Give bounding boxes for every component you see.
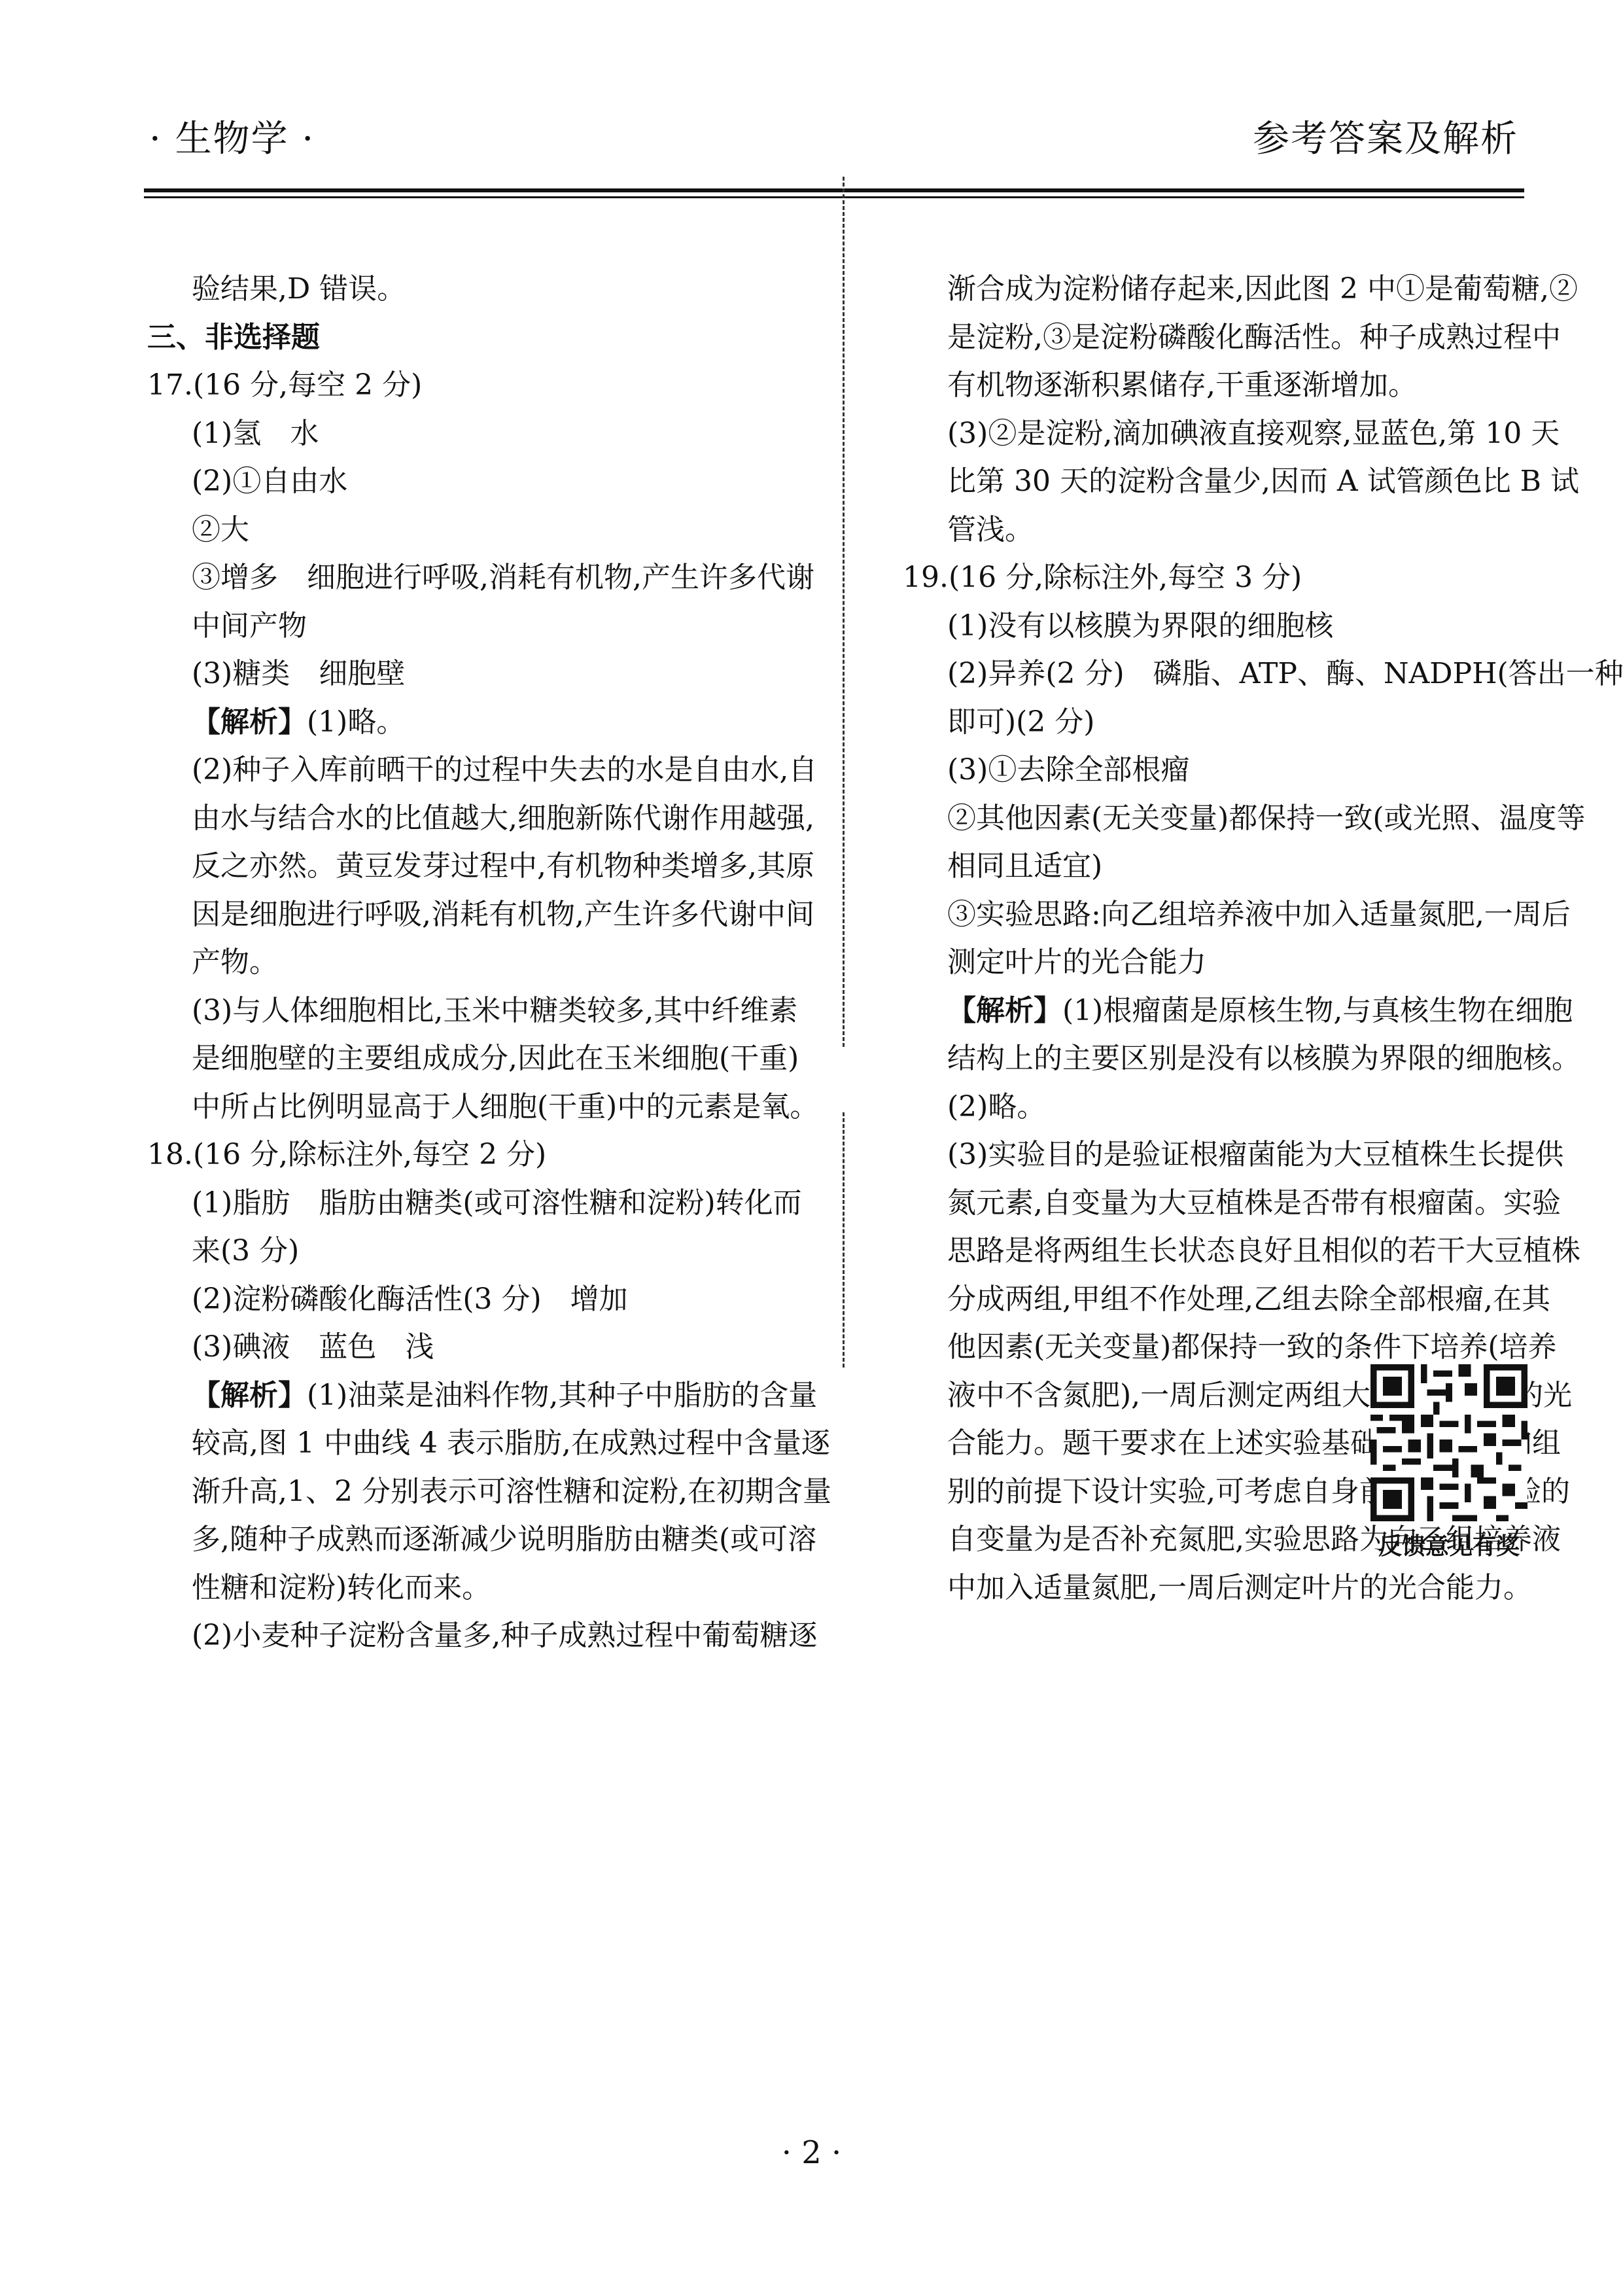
text-line: 相同且适宜)	[903, 842, 1524, 891]
text-line: (3)碘液 蓝色 浅	[147, 1323, 841, 1371]
text-line: 结构上的主要区别是没有以核膜为界限的细胞核。	[903, 1034, 1524, 1083]
header-rule-thin	[144, 196, 1524, 198]
text-line: 由水与结合水的比值越大,细胞新陈代谢作用越强,	[147, 794, 841, 843]
text-line: 中间产物	[147, 602, 841, 650]
text-line: (2)小麦种子淀粉含量多,种子成熟过程中葡萄糖逐	[147, 1612, 841, 1660]
text-line: 渐升高,1、2 分别表示可溶性糖和淀粉,在初期含量	[147, 1468, 841, 1516]
text-line: (1)没有以核膜为界限的细胞核	[903, 602, 1524, 650]
text-line: 17.(16 分,每空 2 分)	[147, 361, 841, 410]
text-line: (3)②是淀粉,滴加碘液直接观察,显蓝色,第 10 天	[903, 410, 1524, 458]
text-line: (3)①去除全部根瘤	[903, 746, 1524, 794]
text-line: ③增多 细胞进行呼吸,消耗有机物,产生许多代谢	[147, 554, 841, 602]
text-line: 产物。	[147, 938, 841, 987]
text-line: 因是细胞进行呼吸,消耗有机物,产生许多代谢中间	[147, 891, 841, 939]
text-line: 有机物逐渐积累储存,干重逐渐增加。	[903, 361, 1524, 410]
column-divider	[843, 1112, 845, 1368]
analysis-text: (1)略。	[307, 705, 405, 739]
text-line: 渐合成为淀粉储存起来,因此图 2 中①是葡萄糖,②	[903, 265, 1524, 313]
section-heading: 三、非选择题	[147, 313, 841, 362]
text-line: 思路是将两组生长状态良好且相似的若干大豆植株	[903, 1227, 1524, 1275]
text-line: 反之亦然。黄豆发芽过程中,有机物种类增多,其原	[147, 842, 841, 891]
text-line: (2)种子入库前晒干的过程中失去的水是自由水,自	[147, 746, 841, 794]
text-line: 多,随种子成熟而逐渐减少说明脂肪由糖类(或可溶	[147, 1515, 841, 1564]
analysis-label: 【解析】	[947, 994, 1062, 1027]
analysis-label: 【解析】	[192, 705, 307, 739]
header-title: 参考答案及解析	[1253, 110, 1518, 162]
header-subject: · 生物学 ·	[149, 110, 315, 162]
analysis-line: 【解析】(1)油菜是油料作物,其种子中脂肪的含量	[147, 1371, 841, 1420]
text-line: 是淀粉,③是淀粉磷酸化酶活性。种子成熟过程中	[903, 313, 1524, 362]
text-line: (3)实验目的是验证根瘤菌能为大豆植株生长提供	[903, 1131, 1524, 1179]
analysis-line: 【解析】(1)根瘤菌是原核生物,与真核生物在细胞	[903, 987, 1524, 1035]
text-line: 较高,图 1 中曲线 4 表示脂肪,在成熟过程中含量逐	[147, 1419, 841, 1468]
text-line: 18.(16 分,除标注外,每空 2 分)	[147, 1131, 841, 1179]
text-line: (1)脂肪 脂肪由糖类(或可溶性糖和淀粉)转化而	[147, 1179, 841, 1227]
qr-code-icon[interactable]	[1370, 1364, 1527, 1521]
text-line: 管浅。	[903, 506, 1524, 554]
text-line: (2)略。	[903, 1083, 1524, 1131]
text-line: 验结果,D 错误。	[147, 265, 841, 313]
text-line: 中所占比例明显高于人细胞(干重)中的元素是氧。	[147, 1083, 841, 1131]
text-line: ②其他因素(无关变量)都保持一致(或光照、温度等	[903, 794, 1524, 843]
left-column: 验结果,D 错误。三、非选择题17.(16 分,每空 2 分)(1)氢 水(2)…	[147, 265, 841, 1660]
text-line: (2)异养(2 分) 磷脂、ATP、酶、NADPH(答出一种	[903, 650, 1524, 698]
text-line: 是细胞壁的主要组成成分,因此在玉米细胞(干重)	[147, 1034, 841, 1083]
qr-caption: 反馈意见有奖	[1361, 1528, 1537, 1561]
text-line: ③实验思路:向乙组培养液中加入适量氮肥,一周后	[903, 891, 1524, 939]
text-line: (2)①自由水	[147, 457, 841, 506]
column-divider	[843, 177, 845, 1047]
analysis-line: 【解析】(1)略。	[147, 698, 841, 747]
text-line: 比第 30 天的淀粉含量少,因而 A 试管颜色比 B 试	[903, 457, 1524, 506]
analysis-text: (1)油菜是油料作物,其种子中脂肪的含量	[307, 1379, 817, 1412]
text-line: (3)与人体细胞相比,玉米中糖类较多,其中纤维素	[147, 987, 841, 1035]
text-line: (3)糖类 细胞壁	[147, 650, 841, 698]
text-line: ②大	[147, 506, 841, 554]
text-line: 测定叶片的光合能力	[903, 938, 1524, 987]
analysis-text: (1)根瘤菌是原核生物,与真核生物在细胞	[1062, 994, 1573, 1027]
text-line: 19.(16 分,除标注外,每空 3 分)	[903, 554, 1524, 602]
text-line: (1)氢 水	[147, 410, 841, 458]
text-line: 即可)(2 分)	[903, 698, 1524, 747]
analysis-label: 【解析】	[192, 1379, 307, 1412]
page-number: · 2 ·	[0, 2134, 1623, 2171]
text-line: (2)淀粉磷酸化酶活性(3 分) 增加	[147, 1275, 841, 1324]
text-line: 来(3 分)	[147, 1227, 841, 1275]
text-line: 性糖和淀粉)转化而来。	[147, 1564, 841, 1612]
text-line: 分成两组,甲组不作处理,乙组去除全部根瘤,在其	[903, 1275, 1524, 1324]
text-line: 氮元素,自变量为大豆植株是否带有根瘤菌。实验	[903, 1179, 1524, 1227]
text-line: 中加入适量氮肥,一周后测定叶片的光合能力。	[903, 1564, 1524, 1612]
header-rule-thick	[144, 188, 1524, 192]
